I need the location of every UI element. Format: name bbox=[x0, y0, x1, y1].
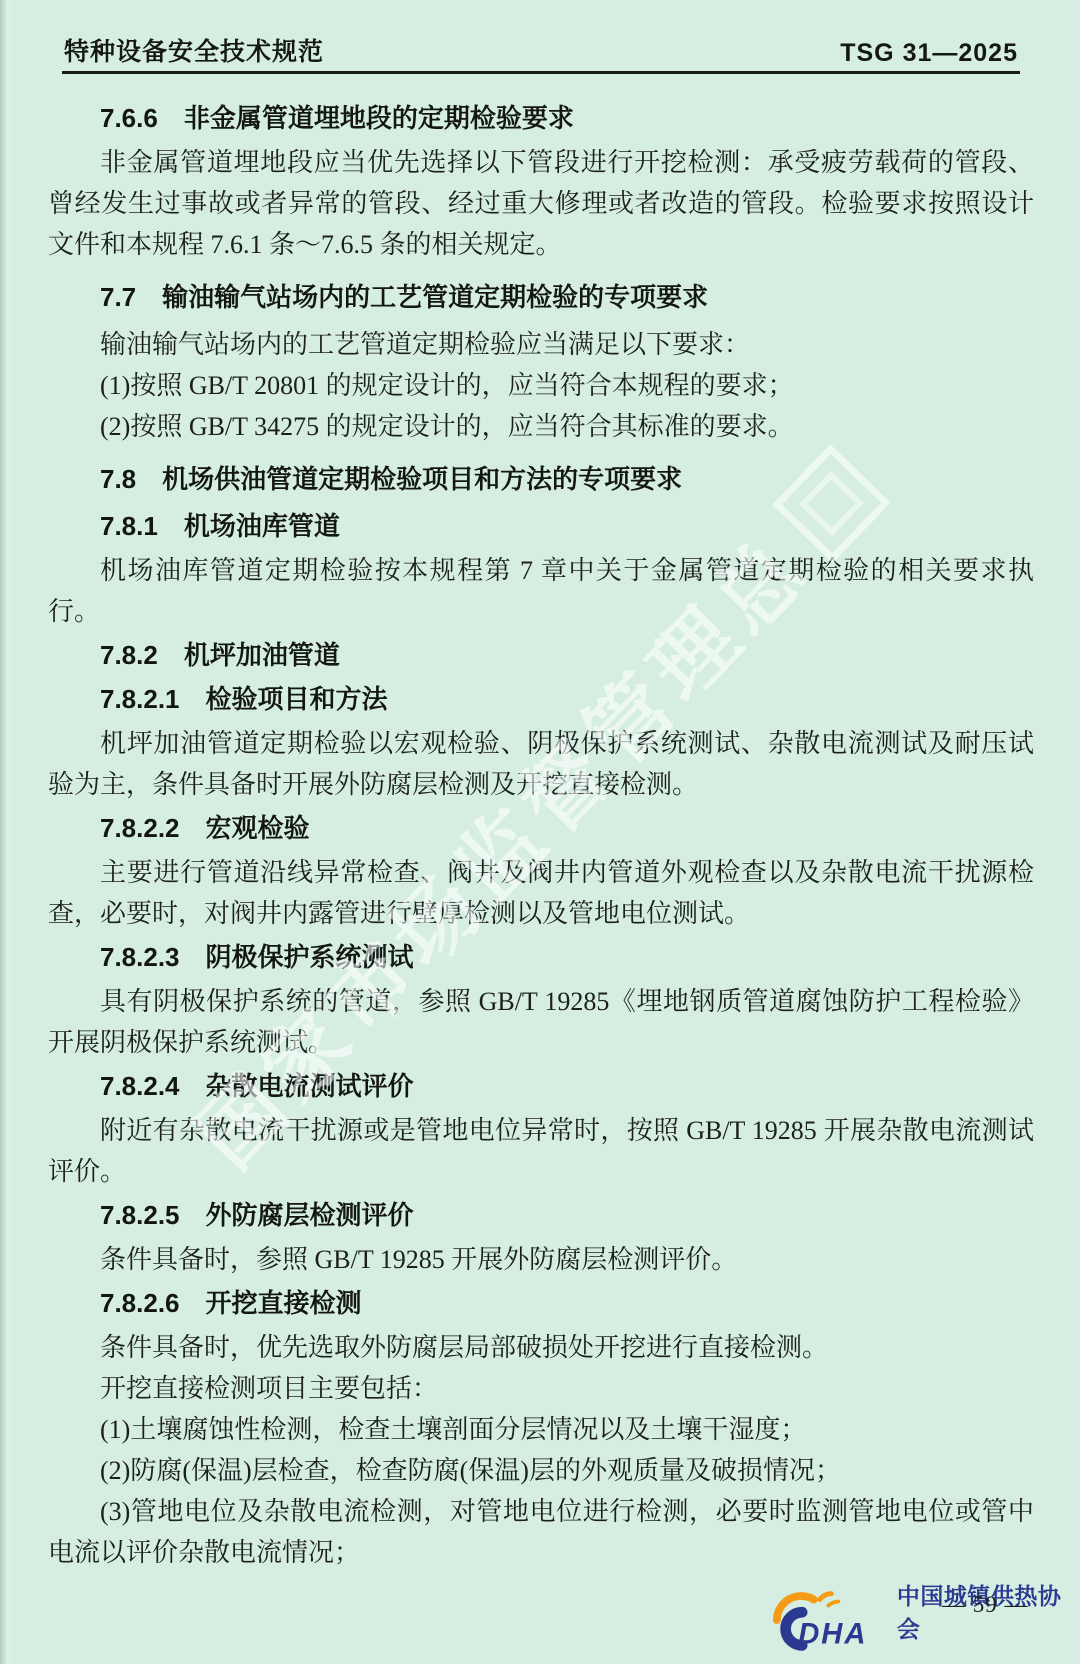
paragraph: 机场油库管道定期检验按本规程第 7 章中关于金属管道定期检验的相关要求执行。 bbox=[48, 550, 1034, 632]
paragraph: 条件具备时，参照 GB/T 19285 开展外防腐层检测评价。 bbox=[48, 1239, 1034, 1280]
heading-7-8-2: 7.8.2 机坪加油管道 bbox=[48, 635, 1034, 676]
logo-acronym: DHA bbox=[798, 1618, 867, 1650]
paragraph: 机坪加油管道定期检验以宏观检验、阴极保护系统测试、杂散电流测试及耐压试验为主，条… bbox=[48, 723, 1034, 805]
scan-edge-shading bbox=[0, 0, 14, 1664]
document-body: 7.6.6 非金属管道埋地段的定期检验要求 非金属管道埋地段应当优先选择以下管段… bbox=[48, 95, 1034, 1573]
heading-7-8-2-1: 7.8.2.1 检验项目和方法 bbox=[48, 679, 1034, 720]
list-item-3: (3)管地电位及杂散电流检测，对管地电位进行检测，必要时监测管地电位或管中电流以… bbox=[48, 1491, 1034, 1573]
heading-7-7: 7.7 输油输气站场内的工艺管道定期检验的专项要求 bbox=[48, 277, 1034, 318]
header-spec-title: 特种设备安全技术规范 bbox=[64, 32, 324, 68]
cdha-logo-icon: DHA bbox=[770, 1590, 889, 1652]
header-rule bbox=[62, 71, 1020, 74]
heading-7-8-2-5: 7.8.2.5 外防腐层检测评价 bbox=[48, 1195, 1034, 1236]
heading-7-8: 7.8 机场供油管道定期检验项目和方法的专项要求 bbox=[48, 459, 1034, 500]
heading-7-8-2-2: 7.8.2.2 宏观检验 bbox=[48, 808, 1034, 849]
heading-7-8-2-3: 7.8.2.3 阴极保护系统测试 bbox=[48, 937, 1034, 978]
heading-7-8-2-6: 7.8.2.6 开挖直接检测 bbox=[48, 1283, 1034, 1324]
paragraph: 主要进行管道沿线异常检查、阀井及阀井内管道外观检查以及杂散电流干扰源检查，必要时… bbox=[48, 852, 1034, 934]
page-number: — 59 — bbox=[942, 1592, 1029, 1618]
paragraph: 附近有杂散电流干扰源或是管地电位异常时，按照 GB/T 19285 开展杂散电流… bbox=[48, 1110, 1034, 1192]
paragraph: 条件具备时，优先选取外防腐层局部破损处开挖进行直接检测。 bbox=[48, 1327, 1034, 1368]
paragraph: 输油输气站场内的工艺管道定期检验应当满足以下要求： bbox=[48, 324, 1034, 365]
paragraph: 开挖直接检测项目主要包括： bbox=[48, 1368, 1034, 1409]
page-header: 特种设备安全技术规范 TSG 31—2025 bbox=[64, 32, 1018, 68]
heading-7-6-6: 7.6.6 非金属管道埋地段的定期检验要求 bbox=[48, 98, 1034, 139]
document-page: 特种设备安全技术规范 TSG 31—2025 7.6.6 非金属管道埋地段的定期… bbox=[0, 0, 1080, 1664]
list-item-1: (1)土壤腐蚀性检测，检查土壤剖面分层情况以及土壤干湿度； bbox=[48, 1409, 1034, 1450]
footer-logo: DHA 中国城镇供热协会 bbox=[770, 1578, 1080, 1652]
paragraph: 非金属管道埋地段应当优先选择以下管段进行开挖检测：承受疲劳载荷的管段、曾经发生过… bbox=[48, 142, 1034, 265]
paragraph: 具有阴极保护系统的管道，参照 GB/T 19285《埋地钢质管道腐蚀防护工程检验… bbox=[48, 981, 1034, 1063]
list-item-2: (2)防腐(保温)层检查，检查防腐(保温)层的外观质量及破损情况； bbox=[48, 1450, 1034, 1491]
header-doc-number: TSG 31—2025 bbox=[840, 39, 1018, 68]
heading-7-8-1: 7.8.1 机场油库管道 bbox=[48, 506, 1034, 547]
list-item-1: (1)按照 GB/T 20801 的规定设计的，应当符合本规程的要求； bbox=[48, 365, 1034, 406]
list-item-2: (2)按照 GB/T 34275 的规定设计的，应当符合其标准的要求。 bbox=[48, 406, 1034, 447]
heading-7-8-2-4: 7.8.2.4 杂散电流测试评价 bbox=[48, 1066, 1034, 1107]
